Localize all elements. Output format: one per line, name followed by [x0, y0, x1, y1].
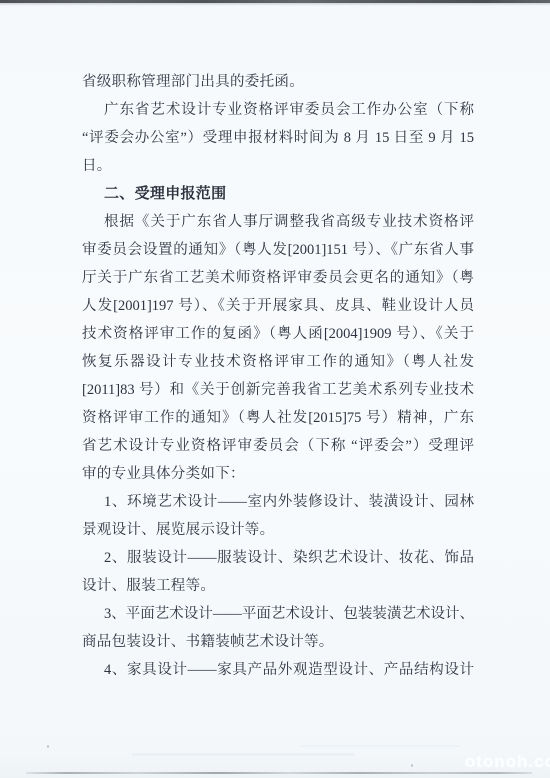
text-line: 景观设计、展览展示设计等。: [82, 516, 474, 544]
text-line: 审委员会设置的通知》（粤人发[2001]151 号）、《广东省人事: [82, 236, 474, 264]
text-line: [2011]83 号）和《关于创新完善我省工艺美术系列专业技术: [82, 376, 474, 404]
scanned-document-page: 省级职称管理部门出具的委托函。广东省艺术设计专业资格评审委员会工作办公室（下称“…: [0, 0, 550, 778]
text-line: 省级职称管理部门出具的委托函。: [82, 68, 474, 96]
scan-streak: [300, 745, 460, 747]
text-line: 技术资格评审工作的复函》（粤人函[2004]1909 号）、《关于: [82, 320, 474, 348]
text-line: 2、服装设计——服装设计、染织艺术设计、妆花、饰品: [82, 544, 474, 572]
text-line: 厅关于广东省工艺美术师资格评审委员会更名的通知》（粤: [82, 264, 474, 292]
text-line: 审的专业具体分类如下：: [82, 460, 474, 488]
text-line: 根据《关于广东省人事厅调整我省高级专业技术资格评: [82, 208, 474, 236]
scan-speck: [47, 745, 49, 748]
text-line: 设计、服装工程等。: [82, 572, 474, 600]
section-heading: 二、受理申报范围: [82, 180, 474, 208]
text-line: “评委会办公室”）受理申报材料时间为 8 月 15 日至 9 月 15: [82, 124, 474, 152]
document-text-block: 省级职称管理部门出具的委托函。广东省艺术设计专业资格评审委员会工作办公室（下称“…: [82, 68, 474, 684]
scan-edge-bottom: [26, 772, 532, 774]
text-line: 1、环境艺术设计——室内外装修设计、装潢设计、园林: [82, 488, 474, 516]
text-line: 广东省艺术设计专业资格评审委员会工作办公室（下称: [82, 96, 474, 124]
scan-streak: [132, 753, 354, 756]
watermark-text: otonoh.co: [465, 752, 550, 772]
text-line: 省艺术设计专业资格评审委员会（下称 “评委会”）受理评: [82, 432, 474, 460]
scan-speck: [411, 764, 413, 767]
text-line: 4、家具设计——家具产品外观造型设计、产品结构设计: [82, 656, 474, 684]
text-line: 3、平面艺术设计——平面艺术设计、包装装潢艺术设计、: [82, 600, 474, 628]
text-line: 人发[2001]197 号）、《关于开展家具、皮具、鞋业设计人员: [82, 292, 474, 320]
text-line: 恢复乐器设计专业技术资格评审工作的通知》（粤人社发: [82, 348, 474, 376]
text-line: 资格评审工作的通知》（粤人社发[2015]75 号）精神，广东: [82, 404, 474, 432]
text-line: 商品包装设计、书籍装帧艺术设计等。: [82, 628, 474, 656]
text-line: 日。: [82, 152, 474, 180]
scan-edge-top-shadow: [0, 3, 550, 6]
